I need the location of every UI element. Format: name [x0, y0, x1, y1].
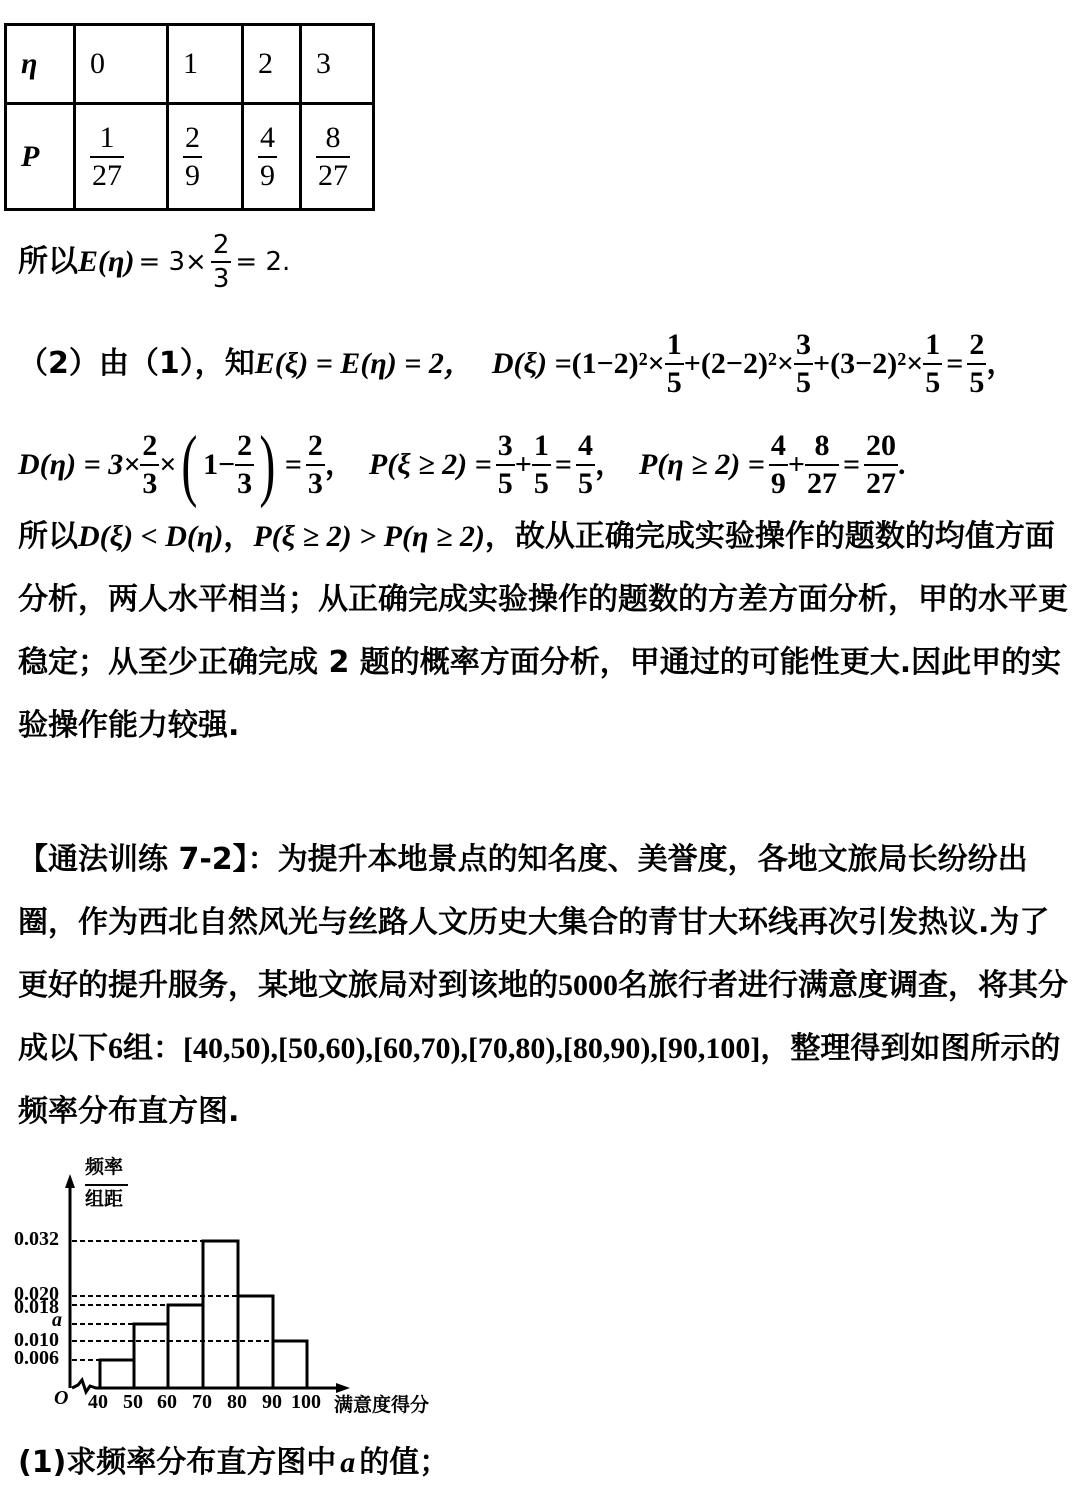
y-axis-arrow-icon [65, 1174, 75, 1188]
x-tick: 60 [157, 1392, 177, 1412]
x-tick: 100 [291, 1392, 321, 1412]
table-row-values: η 0 1 2 3 [6, 25, 374, 104]
exercise-paragraph: 【通法训练 7-2】：为提升本地景点的知名度、美誉度，各地文旅局长纷纷出圈，作为… [18, 828, 1068, 1143]
table-cell: 127 [75, 104, 168, 210]
origin-label: O [54, 1388, 68, 1408]
table-cell: 827 [301, 104, 374, 210]
y-tick: 0.006 [14, 1348, 59, 1368]
right-paren: ) [260, 425, 276, 505]
reference-lines [72, 1241, 273, 1360]
table-row-probs: P 127 29 49 827 [6, 104, 374, 210]
exercise-tag: 【通法训练 7-2】 [18, 842, 248, 877]
ylabel-numerator: 频率 [85, 1158, 123, 1177]
table-header-p: P [6, 104, 75, 210]
variance-line: D(η) = 3× 23 × ( 1− 23 ) = 23 ， P(ξ ≥ 2)… [18, 425, 906, 505]
xlabel: 满意度得分 [334, 1396, 429, 1415]
table-cell: 0 [75, 25, 168, 104]
x-axis-arrow-icon [336, 1383, 350, 1393]
x-tick: 70 [192, 1392, 212, 1412]
x-tick: 90 [262, 1392, 282, 1412]
table-cell: 29 [168, 104, 243, 210]
x-tick: 40 [88, 1392, 108, 1412]
table-header-eta: η [6, 25, 75, 104]
frequency-histogram: 频率 组距 0.032 0.020 0.018 a 0.010 0.006 O … [0, 1150, 450, 1430]
bars [100, 1241, 307, 1388]
y-tick: 0.032 [14, 1229, 59, 1249]
question-1: (1)求频率分布直方图中 a 的值； [18, 1448, 449, 1478]
ylabel-denominator: 组距 [85, 1190, 123, 1209]
part2-line: （2）由（1），知 E(ξ) = E(η) = 2， D(ξ) = (1−2)²… [18, 330, 1016, 398]
expectation-line: 所以 E(η) = 3× 23 = 2. [18, 232, 290, 292]
table-cell: 49 [243, 104, 301, 210]
conclusion-paragraph: 所以D(ξ) < D(η)，P(ξ ≥ 2) > P(η ≥ 2)，故从正确完成… [18, 505, 1068, 757]
table-cell: 3 [301, 25, 374, 104]
x-tick: 80 [227, 1392, 247, 1412]
x-tick: 50 [123, 1392, 143, 1412]
left-paren: ( [182, 425, 198, 505]
y-tick-a: a [52, 1310, 62, 1330]
table-cell: 1 [168, 25, 243, 104]
table-cell: 2 [243, 25, 301, 104]
distribution-table: η 0 1 2 3 P 127 29 49 827 [4, 23, 375, 211]
